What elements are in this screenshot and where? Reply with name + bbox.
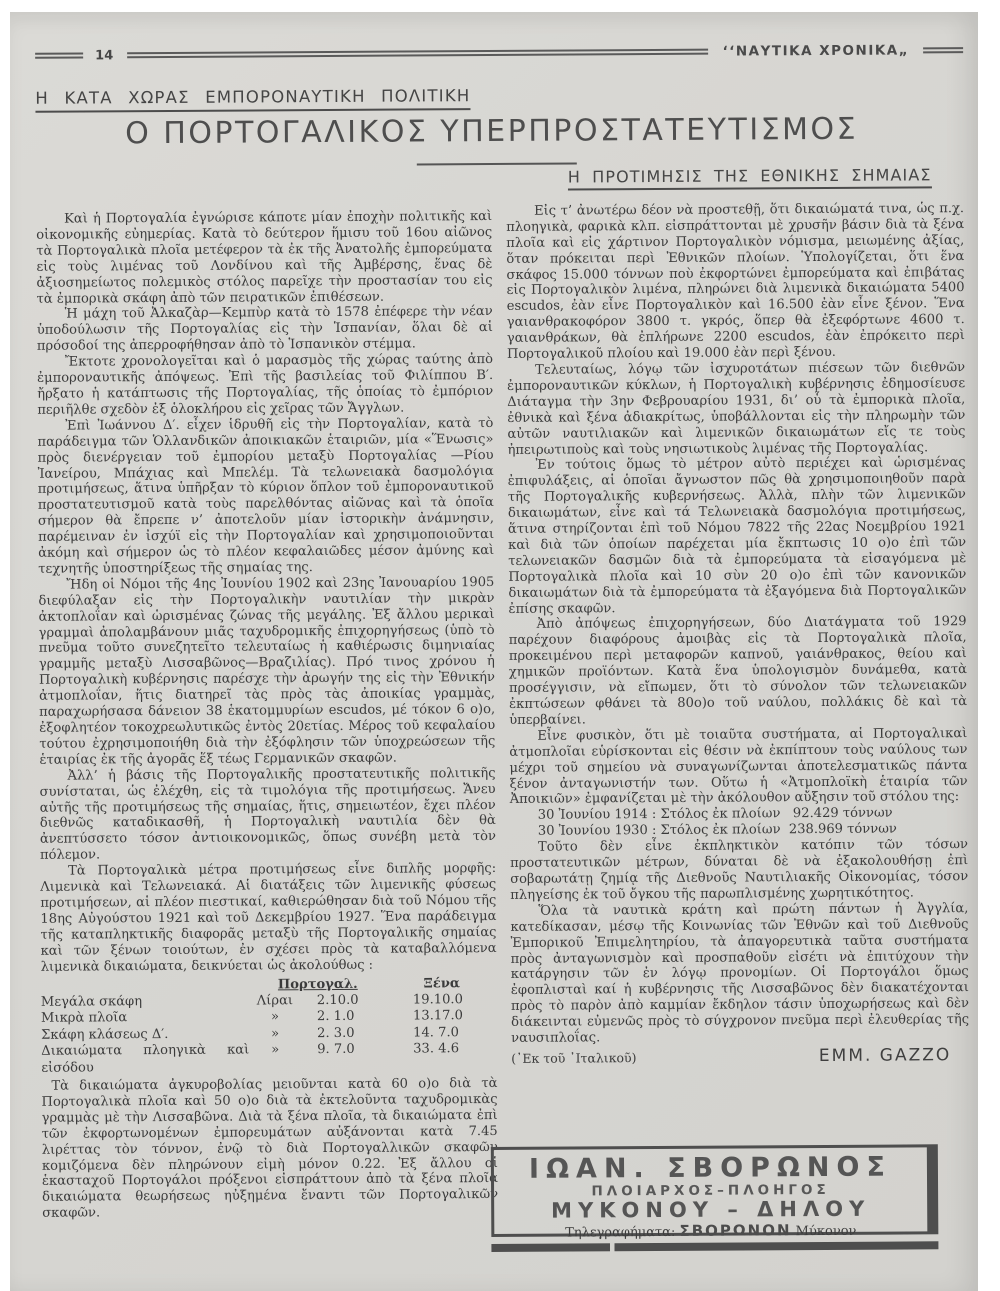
paragraph: Ἀλλ’ ἡ βάσις τῆς Πορτογαλικῆς προστατευτ… [39,766,496,864]
author-signature: ΕΜΜ. GAZZO [819,1048,951,1065]
telegraph-label: Τηλεγραφήματα: [565,1225,675,1241]
paragraph: Εἶνε φυσικὸν, ὅτι μὲ τοιαῦτα συστήματα, … [509,726,967,808]
advertiser-route: ΜΥΚΟΝΟΥ – ΔΗΛΟΥ [494,1197,927,1223]
paper-sheet: 14 ‘‘ΝΑΥΤΙΚΑ ΧΡΟΝΙΚΑ„ Η ΚΑΤΑ ΧΩΡΑΣ ΕΜΠΟΡ… [10,12,978,1291]
double-rule-center [127,49,708,59]
paragraph: Ἔκτοτε χρονολογεῖται καὶ ὁ μαρασμὸς τῆς … [37,352,493,418]
scan-tilt-wrapper: 14 ‘‘ΝΑΥΤΙΚΑ ΧΡΟΝΙΚΑ„ Η ΚΑΤΑ ΧΩΡΑΣ ΕΜΠΟΡ… [7,9,983,1291]
table-row: Δικαιώματα πλοηγικὰ καὶ εἰσόδου » 9. 7.0… [41,1041,497,1077]
paragraph: Καὶ ἡ Πορτογαλία ἐγνώρισε κάποτε μίαν ἐπ… [36,209,493,307]
advertisement-box: ΙΩΑΝ. ΣΒΟΡΩΝΟΣ ΠΛΟΙΑΡΧΟΣ–ΠΛΟΗΓΟΣ ΜΥΚΟΝΟΥ… [491,1144,939,1237]
paragraph: Εἰς τ’ ἀνωτέρω δέον νὰ προστεθῇ, ὅτι δικ… [506,201,965,363]
telegraph-name: ΣΒΟΡΩΝΟΝ [679,1221,791,1240]
advertisement-underbar [491,1241,938,1252]
telegraph-line: Τηλεγραφήματα: ΣΒΟΡΩΝΟΝ Μύκονον [494,1220,927,1243]
paragraph: Ἤδη οἱ Νόμοι τῆς 4ης Ἰουνίου 1902 καὶ 23… [38,575,495,769]
running-head: 14 ‘‘ΝΑΥΤΙΚΑ ΧΡΟΝΙΚΑ„ [35,41,963,65]
article-title: Ο ΠΟΡΤΟΓΑΛΙΚΟΣ ΥΠΕΡΠΡΟΣΤΑΤΕΥΤΙΣΜΟΣ [8,111,976,152]
advertiser-name: ΙΩΑΝ. ΣΒΟΡΩΝΟΣ [494,1153,927,1184]
page-number: 14 [95,48,113,63]
title-rule [417,162,577,165]
table-header-portuguese: Πορτογαλ. [249,975,387,993]
paragraph: Τὰ δικαιώματα ἀγκυροβολίας μειοῦνται κατ… [41,1076,498,1222]
paragraph: Ἐν τούτοις ὅμως τὸ μέτρον αὐτὸ περιέχει … [508,456,967,618]
port-dues-table: Πορτογαλ. Ξένα Μεγάλα σκάφη Λίραι 2.10.0… [41,974,498,1076]
section-heading: Η ΚΑΤΑ ΧΩΡΑΣ ΕΜΠΟΡΟΝΑΥΤΙΚΗ ΠΟΛΙΤΙΚΗ [35,86,470,113]
paragraph: Τοῦτο δὲν εἶνε ἐκπληκτικὸν κατόπιν τῶν τ… [510,837,968,903]
paragraph: Τὰ Πορτογαλικὰ μέτρα προτιμήσεως εἶνε δι… [40,861,497,975]
article-subtitle: Η ΠΡΟΤΙΜΗΣΙΣ ΤΗΣ ΕΘΝΙΚΗΣ ΣΗΜΑΙΑΣ [568,167,932,190]
telegraph-place: Μύκονον [796,1224,857,1239]
right-column: Η ΠΡΟΤΙΜΗΣΙΣ ΤΗΣ ΕΘΝΙΚΗΣ ΣΗΜΑΙΑΣ Εἰς τ’ … [506,167,969,1067]
masthead-title: ‘‘ΝΑΥΤΙΚΑ ΧΡΟΝΙΚΑ„ [723,42,910,59]
double-rule-left [35,53,83,59]
scanned-magazine-page: { "colors": { "paper": "#d7d6d2", "ink":… [0,0,1000,1291]
double-rule-right [923,47,963,53]
left-column: Καὶ ἡ Πορτογαλία ἐγνώρισε κάποτε μίαν ἐπ… [36,209,498,1222]
paragraph: Ἀπὸ ἀπόψεως ἐπιχορηγήσεων, δύο Διατάγματ… [509,615,968,729]
paragraph: Ὅλα τὰ ναυτικὰ κράτη καὶ πρώτη πάντων ἡ … [510,901,969,1047]
table-header-foreign: Ξένα [387,974,497,992]
credit-row: (᾽Εκ τοῦ ᾽Ιταλικοῦ) ΕΜΜ. GAZZO [511,1048,969,1067]
paragraph: Τελευταίως, λόγῳ τῶν ἰσχυροτάτων πιέσεων… [507,360,966,458]
paragraph: Ἡ μάχη τοῦ Ἀλκαζὰρ—Κεμπὺρ κατὰ τὸ 1578 ἐ… [37,304,493,355]
translation-credit: (᾽Εκ τοῦ ᾽Ιταλικοῦ) [511,1050,636,1067]
paragraph: Ἐπὶ Ἰωάννου Δ′. εἶχεν ἱδρυθῆ εἰς τὴν Πορ… [37,416,494,578]
